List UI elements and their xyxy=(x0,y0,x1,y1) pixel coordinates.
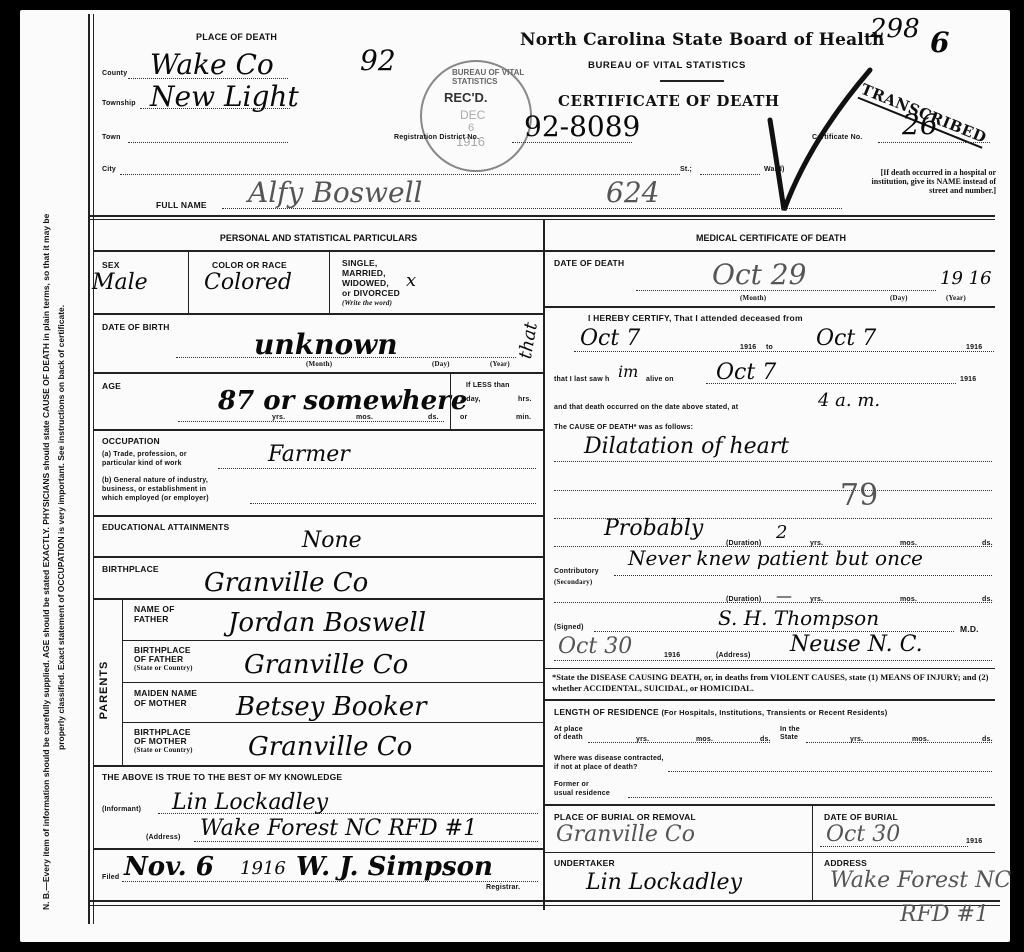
dod-month-hint: (Month) xyxy=(740,294,766,302)
marital-divorced: or DIVORCED xyxy=(342,288,400,298)
education-value: None xyxy=(302,528,362,553)
age-divider xyxy=(450,373,451,429)
last-saw-pronoun: im xyxy=(618,362,638,381)
at-place-label: At place of death xyxy=(554,726,583,742)
certify-text: I HEREBY CERTIFY, That I attended deceas… xyxy=(588,313,803,323)
rule-father-birthplace xyxy=(123,640,543,641)
mother-name-line2: OF MOTHER xyxy=(134,698,197,708)
burial-date-label: DATE OF BURIAL xyxy=(824,812,898,822)
cause-value: Dilatation of heart xyxy=(584,434,789,459)
death-time-value: 4 a. m. xyxy=(818,390,880,411)
informant-address-line xyxy=(194,841,538,842)
contributory-duration-label: (Duration) xyxy=(726,596,761,603)
certificate-no-line xyxy=(878,142,990,143)
annotation-number: 298 xyxy=(870,14,920,44)
occupation-b-line1: (b) General nature of industry, xyxy=(102,476,209,485)
filed-year: 1916 xyxy=(240,858,286,879)
county-code: 92 xyxy=(360,44,396,77)
rule-residence xyxy=(544,699,995,701)
street-line xyxy=(700,174,760,175)
rule-parents xyxy=(94,598,543,600)
age-line xyxy=(178,421,444,422)
filed-date: Nov. 6 xyxy=(124,852,214,882)
race-label: COLOR OR RACE xyxy=(212,260,287,270)
rule-filed xyxy=(94,848,543,850)
informant-address-value: Wake Forest NC RFD #1 xyxy=(200,816,477,841)
attended-from: Oct 7 xyxy=(580,326,640,351)
age-label: AGE xyxy=(102,381,121,391)
occupation-a-line2: particular kind of work xyxy=(102,459,187,468)
former-line1: Former or xyxy=(554,780,610,789)
residence-subtitle: (For Hospitals, Institutions, Transients… xyxy=(661,708,887,717)
duration-value: 2 xyxy=(776,522,787,543)
mother-birthplace-value: Granville Co xyxy=(248,732,412,762)
occupation-a-label: (a) Trade, profession, or particular kin… xyxy=(102,450,187,468)
occupation-label: OCCUPATION xyxy=(102,436,160,446)
residence-title: LENGTH OF RESIDENCE (For Hospitals, Inst… xyxy=(554,707,887,717)
cause-line-1 xyxy=(554,461,992,462)
duration-prefix: Probably xyxy=(604,516,703,541)
former-residence-label: Former or usual residence xyxy=(554,780,610,798)
former-residence-line xyxy=(628,797,992,798)
less-than-label: If LESS than xyxy=(466,382,510,389)
occupation-a-line1: (a) Trade, profession, or xyxy=(102,450,187,459)
contracted-line xyxy=(668,771,992,772)
rule-age xyxy=(94,372,543,374)
cause-code: 79 xyxy=(840,478,878,513)
in-state-line1: In the xyxy=(780,726,800,734)
rule-dob xyxy=(94,313,543,315)
full-name-value: Alfy Boswell xyxy=(248,176,423,209)
rule-personal-head xyxy=(94,250,543,252)
marital-married: MARRIED, xyxy=(342,268,400,278)
father-birthplace-line3: (State or Country) xyxy=(134,664,193,673)
father-name-line1: NAME OF xyxy=(134,604,175,614)
marital-widowed: WIDOWED, xyxy=(342,278,400,288)
rule-education xyxy=(94,515,543,517)
father-name-label: NAME OF FATHER xyxy=(134,604,175,624)
certificate-no-label: Certificate No. xyxy=(812,134,862,141)
medical-section-title: MEDICAL CERTIFICATE OF DEATH xyxy=(546,233,996,243)
dob-label: DATE OF BIRTH xyxy=(102,322,170,332)
contributory-value: Never knew patient but once xyxy=(628,546,923,570)
date-of-death-year: 19 16 xyxy=(940,268,992,289)
center-divider xyxy=(543,220,545,910)
secondary-label: (Secondary) xyxy=(554,578,592,586)
registrar-label: Registrar. xyxy=(486,884,520,891)
filed-label: Filed xyxy=(102,874,119,881)
age-ds: ds. xyxy=(428,414,439,421)
parents-label-text: PARENTS xyxy=(98,661,110,720)
dob-value: unknown xyxy=(254,328,398,361)
true-statement: THE ABOVE IS TRUE TO THE BEST OF MY KNOW… xyxy=(102,772,342,782)
in-state-label: In the State xyxy=(780,726,800,742)
rule-occupation xyxy=(94,429,543,431)
occupation-b-line xyxy=(250,503,536,504)
township-value: New Light xyxy=(150,80,299,113)
informant-label: (Informant) xyxy=(102,806,141,813)
mother-birthplace-line2: OF MOTHER xyxy=(134,737,193,746)
cause-line-2 xyxy=(554,490,992,491)
less-than-min: min. xyxy=(516,414,531,421)
burial-label: PLACE OF BURIAL OR REMOVAL xyxy=(554,812,696,822)
race-value: Colored xyxy=(204,270,292,295)
dod-year-hint: (Year) xyxy=(946,294,966,302)
undertaker-address-label: ADDRESS xyxy=(824,858,867,868)
marital-label: SINGLE, MARRIED, WIDOWED, or DIVORCED (W… xyxy=(342,258,400,308)
place-of-death-label: PLACE OF DEATH xyxy=(196,32,277,42)
rule-undertaker xyxy=(544,852,995,853)
contributory-ds: ds. xyxy=(982,596,993,603)
marital-hint: (Write the word) xyxy=(342,298,400,308)
full-name-label: FULL NAME xyxy=(156,200,207,210)
burial-year: 1916 xyxy=(966,838,982,845)
attended-to: Oct 7 xyxy=(816,326,876,351)
city-line xyxy=(120,174,680,175)
rule-informant xyxy=(94,765,543,767)
marital-value: x xyxy=(406,270,416,291)
education-label: EDUCATIONAL ATTAINMENTS xyxy=(102,522,229,532)
death-time-label: and that death occurred on the date abov… xyxy=(554,404,738,411)
birthplace-label: BIRTHPLACE xyxy=(102,564,159,574)
occupation-a-line xyxy=(218,468,536,469)
county-value: Wake Co xyxy=(150,48,274,81)
signed-value: S. H. Thompson xyxy=(718,606,879,630)
former-line2: usual residence xyxy=(554,789,610,798)
signed-label: (Signed) xyxy=(554,624,584,631)
stamp-received: REC'D. xyxy=(444,90,488,105)
attended-from-year: 1916 xyxy=(740,344,756,351)
stamp-day: 6 xyxy=(468,122,474,134)
attended-line xyxy=(574,351,994,352)
rule-medical-head xyxy=(544,250,995,252)
annotation-number-2: 6 xyxy=(930,26,949,59)
last-saw-label: that I last saw h xyxy=(554,376,610,383)
burial-divider xyxy=(812,806,813,900)
bottom-border xyxy=(90,900,1000,902)
left-border xyxy=(88,14,90,924)
less-than-day: 1 day, xyxy=(460,396,481,403)
last-saw-year: 1916 xyxy=(960,376,976,383)
rule-mother-birthplace xyxy=(123,722,543,723)
undertaker-address-line2: RFD #1 xyxy=(900,902,989,927)
cause-label: The CAUSE OF DEATH* was as follows: xyxy=(554,424,693,431)
father-birthplace-value: Granville Co xyxy=(244,650,408,680)
last-saw-value: Oct 7 xyxy=(716,360,776,385)
burial-value: Granville Co xyxy=(556,822,695,847)
age-value: 87 or somewhere xyxy=(218,386,467,416)
sex-label: SEX xyxy=(102,260,120,270)
age-yrs: yrs. xyxy=(272,414,285,421)
signed-date-line xyxy=(554,660,992,661)
contributory-duration-line xyxy=(554,602,992,603)
mother-name-value: Betsey Booker xyxy=(236,692,427,722)
contracted-line1: Where was disease contracted, xyxy=(554,754,664,763)
certificate-title: CERTIFICATE OF DEATH xyxy=(558,92,780,110)
registrar-value: W. J. Simpson xyxy=(296,852,493,882)
marital-single: SINGLE, xyxy=(342,258,400,268)
margin-note-line1: N. B.—Every item of information should b… xyxy=(39,30,54,910)
birthplace-value: Granville Co xyxy=(204,568,368,598)
ward-label: Ward) xyxy=(764,166,785,173)
bureau-label: BUREAU OF VITAL STATISTICS xyxy=(588,60,746,71)
informant-value: Lin Lockadley xyxy=(172,790,328,815)
attended-to-label: to xyxy=(766,344,773,351)
burial-date-value: Oct 30 xyxy=(826,822,900,847)
father-birthplace-label: BIRTHPLACE OF FATHER (State or Country) xyxy=(134,646,193,673)
last-saw-alive-label: alive on xyxy=(646,376,674,383)
contracted-label: Where was disease contracted, if not at … xyxy=(554,754,664,772)
stamp-arc-text: BUREAU OF VITAL STATISTICS xyxy=(452,68,530,86)
dod-day-hint: (Day) xyxy=(890,294,908,302)
stamp-month: DEC xyxy=(460,108,485,122)
sex-divider xyxy=(188,251,189,313)
signed-date: Oct 30 xyxy=(558,634,632,659)
full-name-annotation: 624 xyxy=(606,176,659,209)
township-label: Township xyxy=(102,100,136,107)
contracted-line2: if not at place of death? xyxy=(554,763,664,772)
bottom-border-2 xyxy=(90,905,1000,906)
contributory-mos: mos. xyxy=(900,596,917,603)
age-mos: mos. xyxy=(356,414,373,421)
registration-district-value: 92-8089 xyxy=(524,110,640,143)
margin-instructions: N. B.—Every item of information should b… xyxy=(22,20,86,920)
parents-label: PARENTS xyxy=(94,640,114,740)
less-than-hrs: hrs. xyxy=(518,396,532,403)
at-place-line xyxy=(588,742,770,743)
signed-address: Neuse N. C. xyxy=(790,632,923,657)
dob-month-hint: (Month) xyxy=(306,360,332,368)
at-place-line1: At place xyxy=(554,726,583,734)
in-state-ds: ds. xyxy=(982,736,993,743)
mother-birthplace-line3: (State or Country) xyxy=(134,746,193,755)
town-line xyxy=(128,142,288,143)
personal-section-title: PERSONAL AND STATISTICAL PARTICULARS xyxy=(96,233,541,243)
race-divider xyxy=(329,251,330,313)
residence-title-text: LENGTH OF RESIDENCE xyxy=(554,707,659,717)
contributory-yrs: yrs. xyxy=(810,596,823,603)
occupation-b-line3: which employed (or employer) xyxy=(102,494,209,503)
duration-ds: ds. xyxy=(982,540,993,547)
date-of-death-label: DATE OF DEATH xyxy=(554,258,624,268)
registration-district-label: Registration District No. xyxy=(394,134,479,141)
contributory-label: Contributory xyxy=(554,568,599,575)
father-birthplace-line2: OF FATHER xyxy=(134,655,193,664)
title-rule xyxy=(660,80,724,82)
county-label: County xyxy=(102,70,127,77)
undertaker-address-value: Wake Forest NC xyxy=(830,868,1011,893)
certificate-no-value: 26 xyxy=(902,108,938,141)
contributory-duration-value: — xyxy=(776,586,792,605)
mother-birthplace-label: BIRTHPLACE OF MOTHER (State or Country) xyxy=(134,728,193,755)
in-state-yrs: yrs. xyxy=(850,736,863,743)
sex-value: Male xyxy=(92,270,148,295)
hospital-note: [If death occurred in a hospital or inst… xyxy=(862,168,996,195)
dob-year-hint: (Year) xyxy=(490,360,510,368)
town-label: Town xyxy=(102,134,121,141)
mother-name-label: MAIDEN NAME OF MOTHER xyxy=(134,688,197,708)
at-place-ds: ds. xyxy=(760,736,771,743)
in-state-line2: State xyxy=(780,734,800,742)
rule-footnote xyxy=(544,668,995,669)
father-name-value: Jordan Boswell xyxy=(228,608,426,638)
rule-burial xyxy=(544,804,995,806)
footnote: *State the DISEASE CAUSING DEATH, or, in… xyxy=(552,672,1000,694)
father-name-line2: FATHER xyxy=(134,614,175,624)
rule-certify xyxy=(544,306,995,308)
received-stamp: BUREAU OF VITAL STATISTICS REC'D. DEC 6 … xyxy=(420,60,532,172)
md-label: M.D. xyxy=(960,624,979,634)
at-place-yrs: yrs. xyxy=(636,736,649,743)
at-place-mos: mos. xyxy=(696,736,713,743)
board-title: North Carolina State Board of Health xyxy=(520,30,885,50)
dob-day-hint: (Day) xyxy=(432,360,450,368)
date-of-death-value: Oct 29 xyxy=(712,258,806,291)
undertaker-value: Lin Lockadley xyxy=(586,870,742,895)
occupation-b-line2: business, or establishment in xyxy=(102,485,209,494)
street-label: St.; xyxy=(680,166,692,173)
mother-name-line1: MAIDEN NAME xyxy=(134,688,197,698)
city-label: City xyxy=(102,166,116,173)
occupation-b-label: (b) General nature of industry, business… xyxy=(102,476,209,503)
margin-note-line2: properly classified. Exact statement of … xyxy=(54,30,69,910)
attended-to-year: 1916 xyxy=(966,344,982,351)
in-state-mos: mos. xyxy=(912,736,929,743)
signed-year: 1916 xyxy=(664,652,680,659)
informant-address-label: (Address) xyxy=(146,834,180,841)
at-place-line2: of death xyxy=(554,734,583,742)
rule-birthplace xyxy=(94,556,543,558)
contributory-line xyxy=(614,575,992,576)
left-border-inner xyxy=(93,14,94,924)
undertaker-label: UNDERTAKER xyxy=(554,858,615,868)
less-than-or: or xyxy=(460,414,467,421)
occupation-a-value: Farmer xyxy=(268,442,350,467)
rule-mother-name xyxy=(123,682,543,683)
signed-address-label: (Address) xyxy=(716,652,750,659)
in-state-line xyxy=(806,742,992,743)
